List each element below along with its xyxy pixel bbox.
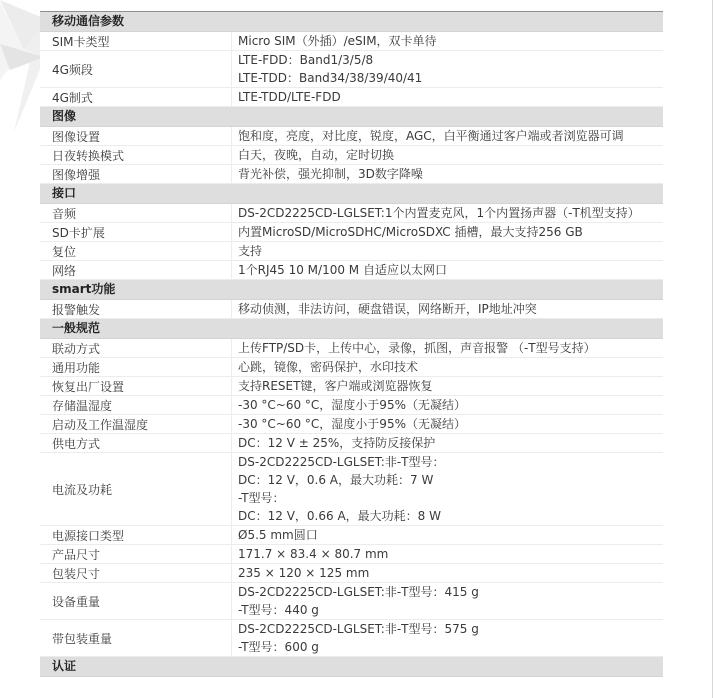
spec-value-line: DC：12 V，0.6 A，最大功耗：7 W <box>238 471 655 489</box>
section-header-row: 图像 <box>40 107 663 127</box>
spec-value-line: LTE-FDD：Band1/3/5/8 <box>238 51 655 69</box>
spec-row: 通用功能心跳，镜像，密码保护，水印技术 <box>40 358 663 377</box>
section-title: smart功能 <box>40 280 115 299</box>
section-title: 接口 <box>40 184 76 203</box>
spec-value: 心跳，镜像，密码保护，水印技术 <box>232 358 663 376</box>
spec-value-line: -T型号： <box>238 489 655 507</box>
spec-value: LTE-TDD/LTE-FDD <box>232 88 663 106</box>
spec-label: 带包装重量 <box>40 620 232 656</box>
spec-value: DS-2CD2225CD-LGLSET:非-T型号：DC：12 V，0.6 A，… <box>232 453 663 525</box>
spec-value: Micro SIM（外插）/eSIM，双卡单待 <box>232 32 663 50</box>
spec-row: 设备重量DS-2CD2225CD-LGLSET:非-T型号：415 g-T型号：… <box>40 583 663 620</box>
spec-label: SIM卡类型 <box>40 32 232 50</box>
spec-value: 235 × 120 × 125 mm <box>232 564 663 582</box>
section-title: 移动通信参数 <box>40 12 124 31</box>
spec-value-line: DS-2CD2225CD-LGLSET:非-T型号：415 g <box>238 583 655 601</box>
section-title: 一般规范 <box>40 319 100 338</box>
spec-label: 设备重量 <box>40 583 232 619</box>
spec-row: SIM卡类型Micro SIM（外插）/eSIM，双卡单待 <box>40 32 663 51</box>
spec-value: -30 °C~60 °C，湿度小于95%（无凝结） <box>232 396 663 414</box>
spec-label: 日夜转换模式 <box>40 146 232 164</box>
section-header-row: smart功能 <box>40 280 663 300</box>
spec-value-line: LTE-TDD：Band34/38/39/40/41 <box>238 69 655 87</box>
spec-value: Ø5.5 mm圆口 <box>232 526 663 544</box>
spec-value: 饱和度，亮度，对比度，锐度，AGC，白平衡通过客户端或者浏览器可调 <box>232 127 663 145</box>
spec-value: DC：12 V ± 25%，支持防反接保护 <box>232 434 663 452</box>
spec-value-line: 心跳，镜像，密码保护，水印技术 <box>238 358 655 376</box>
spec-value-line: DC：12 V ± 25%，支持防反接保护 <box>238 434 655 452</box>
spec-row: 产品尺寸171.7 × 83.4 × 80.7 mm <box>40 545 663 564</box>
spec-row: 恢复出厂设置支持RESET键，客户端或浏览器恢复 <box>40 377 663 396</box>
spec-value: DS-2CD2225CD-LGLSET:1个内置麦克风，1个内置扬声器（-T机型… <box>232 204 663 222</box>
spec-value-line: -T型号：600 g <box>238 638 655 656</box>
spec-label: 电源接口类型 <box>40 526 232 544</box>
spec-row: SD卡扩展内置MicroSD/MicroSDHC/MicroSDXC 插槽，最大… <box>40 223 663 242</box>
spec-value-line: 171.7 × 83.4 × 80.7 mm <box>238 545 655 563</box>
spec-value-line: LTE-TDD/LTE-FDD <box>238 88 655 106</box>
spec-row: 图像增强背光补偿，强光抑制，3D数字降噪 <box>40 165 663 184</box>
spec-row: 电流及功耗DS-2CD2225CD-LGLSET:非-T型号：DC：12 V，0… <box>40 453 663 526</box>
spec-label: 通用功能 <box>40 358 232 376</box>
page-right-edge-line <box>712 0 713 698</box>
spec-value: 171.7 × 83.4 × 80.7 mm <box>232 545 663 563</box>
spec-value-line: 235 × 120 × 125 mm <box>238 564 655 582</box>
spec-row: 联动方式上传FTP/SD卡，上传中心，录像，抓图，声音报警 （-T型号支持） <box>40 339 663 358</box>
spec-label: 图像增强 <box>40 165 232 183</box>
spec-value: 上传FTP/SD卡，上传中心，录像，抓图，声音报警 （-T型号支持） <box>232 339 663 357</box>
spec-value-line: DC：12 V，0.66 A，最大功耗：8 W <box>238 507 655 525</box>
section-header-row: 认证 <box>40 657 663 677</box>
section-header-row: 接口 <box>40 184 663 204</box>
spec-label: 4G频段 <box>40 51 232 87</box>
spec-value-line: 内置MicroSD/MicroSDHC/MicroSDXC 插槽，最大支持256… <box>238 223 655 241</box>
spec-label: 4G制式 <box>40 88 232 106</box>
spec-value: 1个RJ45 10 M/100 M 自适应以太网口 <box>232 261 663 279</box>
spec-page: 移动通信参数SIM卡类型Micro SIM（外插）/eSIM，双卡单待4G频段L… <box>0 0 715 698</box>
spec-value-line: 饱和度，亮度，对比度，锐度，AGC，白平衡通过客户端或者浏览器可调 <box>238 127 655 145</box>
spec-row: 网络1个RJ45 10 M/100 M 自适应以太网口 <box>40 261 663 280</box>
spec-row: 4G频段LTE-FDD：Band1/3/5/8LTE-TDD：Band34/38… <box>40 51 663 88</box>
spec-table: 移动通信参数SIM卡类型Micro SIM（外插）/eSIM，双卡单待4G频段L… <box>40 11 663 677</box>
spec-value-line: 背光补偿，强光抑制，3D数字降噪 <box>238 165 655 183</box>
spec-value-line: DS-2CD2225CD-LGLSET:非-T型号： <box>238 453 655 471</box>
spec-value-line: DS-2CD2225CD-LGLSET:非-T型号：575 g <box>238 620 655 638</box>
spec-value: 支持 <box>232 242 663 260</box>
spec-value-line: 支持 <box>238 242 655 260</box>
spec-value-line: 移动侦测，非法访问，硬盘错误，网络断开，IP地址冲突 <box>238 300 655 318</box>
spec-row: 供电方式DC：12 V ± 25%，支持防反接保护 <box>40 434 663 453</box>
spec-value: 白天，夜晚，自动，定时切换 <box>232 146 663 164</box>
spec-value: DS-2CD2225CD-LGLSET:非-T型号：575 g-T型号：600 … <box>232 620 663 656</box>
spec-value-line: Ø5.5 mm圆口 <box>238 526 655 544</box>
spec-value: DS-2CD2225CD-LGLSET:非-T型号：415 g-T型号：440 … <box>232 583 663 619</box>
spec-row: 4G制式LTE-TDD/LTE-FDD <box>40 88 663 107</box>
spec-value-line: DS-2CD2225CD-LGLSET:1个内置麦克风，1个内置扬声器（-T机型… <box>238 204 655 222</box>
spec-row: 复位支持 <box>40 242 663 261</box>
spec-value-line: -T型号：440 g <box>238 601 655 619</box>
section-header-row: 一般规范 <box>40 319 663 339</box>
spec-row: 启动及工作温湿度-30 °C~60 °C，湿度小于95%（无凝结） <box>40 415 663 434</box>
spec-label: 复位 <box>40 242 232 260</box>
spec-value: 背光补偿，强光抑制，3D数字降噪 <box>232 165 663 183</box>
spec-row: 日夜转换模式白天，夜晚，自动，定时切换 <box>40 146 663 165</box>
spec-value-line: -30 °C~60 °C，湿度小于95%（无凝结） <box>238 415 655 433</box>
spec-value-line: 支持RESET键，客户端或浏览器恢复 <box>238 377 655 395</box>
spec-label: 音频 <box>40 204 232 222</box>
spec-label: 电流及功耗 <box>40 453 232 525</box>
spec-label: 包装尺寸 <box>40 564 232 582</box>
spec-label: 启动及工作温湿度 <box>40 415 232 433</box>
spec-value-line: 白天，夜晚，自动，定时切换 <box>238 146 655 164</box>
spec-value-line: Micro SIM（外插）/eSIM，双卡单待 <box>238 32 655 50</box>
spec-value: LTE-FDD：Band1/3/5/8LTE-TDD：Band34/38/39/… <box>232 51 663 87</box>
watermark-facet <box>0 44 45 70</box>
spec-label: 存储温湿度 <box>40 396 232 414</box>
spec-value-line: -30 °C~60 °C，湿度小于95%（无凝结） <box>238 396 655 414</box>
spec-row: 包装尺寸235 × 120 × 125 mm <box>40 564 663 583</box>
spec-label: 产品尺寸 <box>40 545 232 563</box>
spec-row: 音频DS-2CD2225CD-LGLSET:1个内置麦克风，1个内置扬声器（-T… <box>40 204 663 223</box>
watermark-facet <box>0 2 24 80</box>
section-header-row: 移动通信参数 <box>40 12 663 32</box>
spec-label: SD卡扩展 <box>40 223 232 241</box>
spec-value: -30 °C~60 °C，湿度小于95%（无凝结） <box>232 415 663 433</box>
spec-label: 联动方式 <box>40 339 232 357</box>
spec-value: 内置MicroSD/MicroSDHC/MicroSDXC 插槽，最大支持256… <box>232 223 663 241</box>
spec-label: 供电方式 <box>40 434 232 452</box>
spec-row: 存储温湿度-30 °C~60 °C，湿度小于95%（无凝结） <box>40 396 663 415</box>
section-title: 图像 <box>40 107 76 126</box>
spec-label: 图像设置 <box>40 127 232 145</box>
spec-value-line: 上传FTP/SD卡，上传中心，录像，抓图，声音报警 （-T型号支持） <box>238 339 655 357</box>
spec-row: 电源接口类型Ø5.5 mm圆口 <box>40 526 663 545</box>
spec-value: 移动侦测，非法访问，硬盘错误，网络断开，IP地址冲突 <box>232 300 663 318</box>
spec-label: 报警触发 <box>40 300 232 318</box>
spec-value: 支持RESET键，客户端或浏览器恢复 <box>232 377 663 395</box>
spec-value-line: 1个RJ45 10 M/100 M 自适应以太网口 <box>238 261 655 279</box>
spec-label: 恢复出厂设置 <box>40 377 232 395</box>
spec-row: 带包装重量DS-2CD2225CD-LGLSET:非-T型号：575 g-T型号… <box>40 620 663 657</box>
spec-label: 网络 <box>40 261 232 279</box>
spec-row: 报警触发移动侦测，非法访问，硬盘错误，网络断开，IP地址冲突 <box>40 300 663 319</box>
spec-row: 图像设置饱和度，亮度，对比度，锐度，AGC，白平衡通过客户端或者浏览器可调 <box>40 127 663 146</box>
section-title: 认证 <box>40 657 76 676</box>
